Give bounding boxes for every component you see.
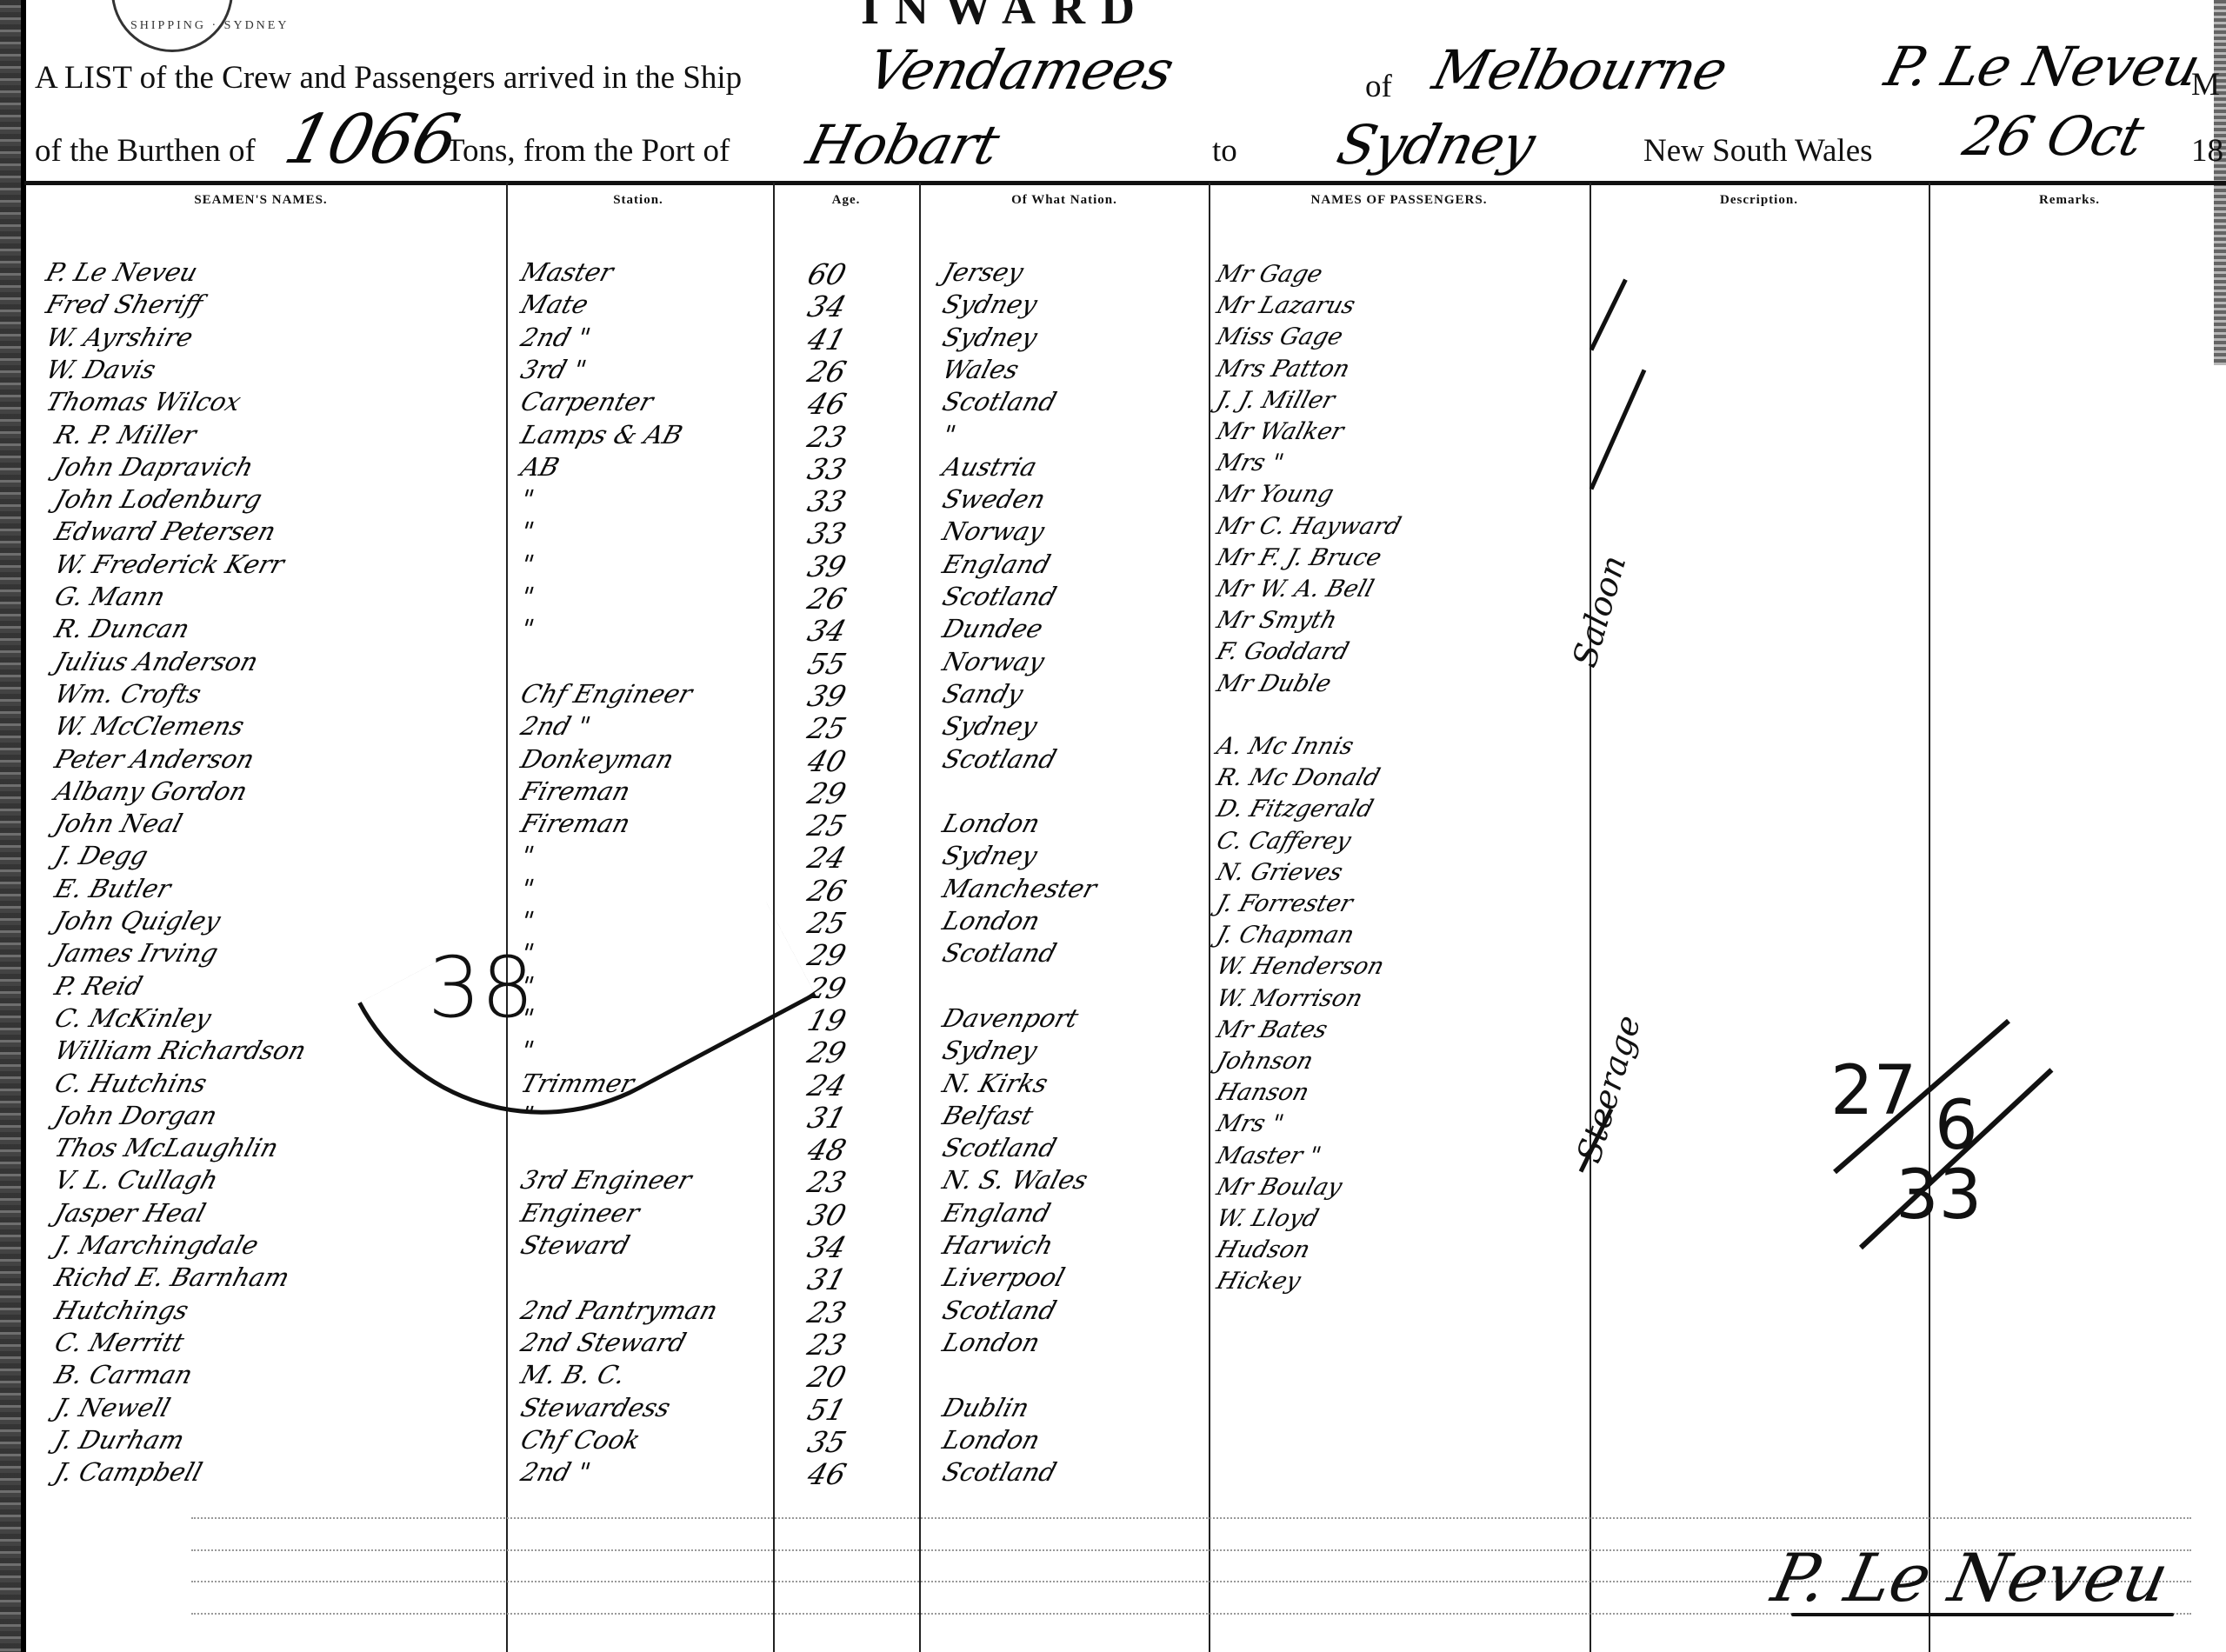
seaman-station: "	[517, 841, 537, 870]
col-head-seamen: SEAMEN'S NAMES.	[52, 193, 470, 208]
column-divider	[1929, 183, 1930, 1652]
seaman-nation: Davenport	[939, 1003, 1082, 1033]
seaman-name: William Richardson	[51, 1036, 310, 1065]
seaman-age: 33	[803, 516, 850, 550]
seaman-name: G. Mann	[51, 582, 169, 611]
col-head-passengers: NAMES OF PASSENGERS.	[1210, 193, 1588, 208]
seaman-age: 39	[803, 550, 850, 583]
seaman-age: 35	[803, 1425, 850, 1459]
seaman-nation: London	[939, 906, 1043, 936]
seaman-nation: Wales	[939, 355, 1023, 384]
col-head-description: Description.	[1591, 193, 1927, 208]
passenger-name: Mr Smyth	[1214, 607, 1341, 634]
seaman-name: W. Ayrshire	[43, 323, 197, 352]
seaman-station: Carpenter	[517, 387, 656, 416]
seaman-age: 26	[803, 874, 850, 908]
seaman-station: 2nd "	[517, 711, 594, 741]
seaman-station: Engineer	[517, 1198, 643, 1228]
seaman-nation: Sydney	[939, 841, 1041, 870]
seaman-nation: Scotland	[939, 938, 1060, 968]
check-mark-icon	[1590, 369, 1647, 490]
year-prefix: 18	[2191, 132, 2223, 170]
seaman-age: 19	[803, 1003, 850, 1037]
seaman-station: Chf Engineer	[517, 679, 696, 709]
seaman-name: Peter Anderson	[51, 744, 257, 774]
passenger-name: J. Forrester	[1214, 890, 1356, 917]
signature-flourish	[1791, 1613, 2174, 1616]
passenger-name: Mr Lazarus	[1214, 292, 1359, 319]
seaman-age: 29	[803, 938, 850, 972]
seaman-station: M. B. C.	[517, 1360, 629, 1389]
seaman-age: 41	[803, 323, 850, 356]
line2-tons-label: Tons, from the Port of	[445, 132, 730, 170]
seaman-nation: Liverpool	[939, 1262, 1068, 1292]
check-mark-icon	[1590, 279, 1628, 351]
seaman-station: Chf Cook	[517, 1425, 643, 1455]
seaman-nation: Dublin	[939, 1393, 1032, 1422]
seaman-age: 39	[803, 679, 850, 713]
seaman-nation: Austria	[939, 452, 1040, 482]
seaman-name: R. Duncan	[51, 614, 193, 643]
ledger-line	[191, 1517, 2191, 1519]
seaman-station: Steward	[517, 1230, 633, 1260]
col-head-remarks: Remarks.	[1930, 193, 2209, 208]
form-heading: INWARD	[861, 0, 1150, 35]
seaman-name: Wm. Crofts	[51, 679, 204, 709]
seaman-name: V. L. Cullagh	[51, 1165, 222, 1195]
seaman-station: "	[517, 582, 537, 611]
passenger-name: Mr Boulay	[1214, 1174, 1345, 1201]
seaman-nation: Norway	[939, 647, 1048, 676]
seaman-nation: Norway	[939, 516, 1048, 546]
column-divider	[919, 183, 921, 1652]
passenger-name: A. Mc Innis	[1214, 733, 1357, 760]
seaman-age: 24	[803, 1069, 850, 1102]
seaman-age: 24	[803, 841, 850, 875]
seaman-name: C. Hutchins	[51, 1069, 210, 1098]
seaman-nation: Dundee	[939, 614, 1046, 643]
stamp-text: SHIPPING · SYDNEY	[130, 19, 289, 33]
seaman-station: 2nd "	[517, 1457, 594, 1487]
seaman-nation: Scotland	[939, 1133, 1060, 1162]
seaman-name: R. P. Miller	[51, 420, 200, 450]
seaman-station: 3rd Engineer	[517, 1165, 695, 1195]
seaman-station: Fireman	[517, 776, 634, 806]
seaman-nation: Sydney	[939, 1036, 1041, 1065]
seaman-age: 26	[803, 582, 850, 616]
seaman-age: 40	[803, 744, 850, 778]
seaman-age: 23	[803, 420, 850, 454]
seaman-age: 55	[803, 647, 850, 681]
seaman-age: 46	[803, 1457, 850, 1491]
seaman-nation: N. S. Wales	[939, 1165, 1091, 1195]
seaman-name: C. McKinley	[51, 1003, 215, 1033]
seaman-name: J. Campbell	[51, 1457, 205, 1487]
seaman-name: P. Reid	[51, 971, 146, 1001]
ship-name: Vendamees	[862, 38, 1180, 102]
seaman-name: Thomas Wilcox	[43, 387, 244, 416]
port-from: Hobart	[801, 113, 1005, 177]
seaman-nation: Scotland	[939, 1296, 1060, 1325]
col-head-station: Station.	[508, 193, 769, 208]
seaman-age: 26	[803, 355, 850, 389]
passenger-name: W. Morrison	[1214, 985, 1366, 1012]
seaman-nation: Harwich	[939, 1230, 1056, 1260]
seaman-nation: Belfast	[939, 1101, 1036, 1130]
passenger-name: Mr Duble	[1214, 670, 1335, 697]
seaman-nation: Scotland	[939, 582, 1060, 611]
seaman-name: Hutchings	[51, 1296, 192, 1325]
seaman-name: J. Durham	[51, 1425, 188, 1455]
passenger-name: Mr Bates	[1214, 1016, 1331, 1043]
passenger-name: D. Fitzgerald	[1214, 796, 1376, 823]
seaman-age: 34	[803, 614, 850, 648]
seaman-age: 51	[803, 1393, 850, 1427]
passenger-name: R. Mc Donald	[1214, 764, 1383, 791]
seaman-age: 23	[803, 1165, 850, 1199]
passenger-name: Mr Young	[1214, 481, 1337, 508]
seaman-nation: Jersey	[939, 257, 1027, 287]
seaman-station: "	[517, 484, 537, 514]
tally-mid: 6	[1935, 1087, 1978, 1165]
passenger-name: Mr Walker	[1214, 418, 1347, 445]
passenger-name: J. J. Miller	[1214, 387, 1338, 414]
seaman-name: J. Marchingdale	[51, 1230, 262, 1260]
seaman-station: "	[517, 614, 537, 643]
seaman-station: Donkeyman	[517, 744, 677, 774]
passenger-name: Mrs "	[1214, 450, 1287, 476]
passenger-name: Mr F. J. Bruce	[1214, 544, 1385, 571]
seaman-name: John Dapravich	[51, 452, 257, 482]
seaman-station: 3rd "	[517, 355, 590, 384]
line2-label: of the Burthen of	[35, 132, 256, 170]
master-name: P. Le Neveu	[1879, 35, 2206, 98]
seaman-name: Fred Sheriff	[43, 290, 206, 319]
seaman-age: 60	[803, 257, 850, 291]
seaman-station: Lamps & AB	[517, 420, 686, 450]
passenger-name: Hudson	[1214, 1236, 1314, 1263]
seaman-nation: London	[939, 1328, 1043, 1357]
seaman-name: W. Davis	[43, 355, 159, 384]
seaman-station: Fireman	[517, 809, 634, 838]
seaman-age: 25	[803, 906, 850, 940]
seaman-nation: N. Kirks	[939, 1069, 1051, 1098]
column-divider	[1590, 183, 1591, 1652]
line1-label: A LIST of the Crew and Passengers arrive…	[35, 59, 742, 97]
seaman-age: 29	[803, 1036, 850, 1069]
master-suffix: M	[2191, 66, 2220, 103]
seaman-nation: "	[939, 420, 959, 450]
seaman-age: 34	[803, 290, 850, 323]
seaman-age: 23	[803, 1296, 850, 1329]
seaman-nation: England	[939, 550, 1054, 579]
seaman-age: 31	[803, 1101, 850, 1135]
seaman-age: 29	[803, 776, 850, 810]
seaman-station: 2nd "	[517, 323, 594, 352]
seaman-age: 34	[803, 1230, 850, 1264]
seaman-name: C. Merritt	[51, 1328, 188, 1357]
ship-of-port: Melbourne	[1427, 38, 1733, 102]
passenger-name: Johnson	[1214, 1048, 1316, 1075]
burthen-tons: 1066	[277, 101, 466, 179]
seaman-nation: Scotland	[939, 387, 1060, 416]
scan-left-border	[21, 0, 26, 1652]
line1-of-label: of	[1365, 68, 1392, 105]
line2-to-label: to	[1212, 132, 1237, 170]
tally-bottom: 33	[1896, 1156, 1982, 1235]
seaman-nation: Sandy	[939, 679, 1027, 709]
seaman-station: 2nd Pantryman	[517, 1296, 721, 1325]
master-signature: P. Le Neveu	[1766, 1539, 2176, 1616]
passenger-name: W. Lloyd	[1214, 1205, 1322, 1232]
column-divider	[506, 183, 508, 1652]
seaman-age: 25	[803, 809, 850, 843]
seaman-name: Edward Petersen	[51, 516, 279, 546]
seaman-name: Jasper Heal	[51, 1198, 209, 1228]
seaman-name: John Neal	[51, 809, 186, 838]
seaman-station: Master	[517, 257, 616, 287]
passenger-name: F. Goddard	[1214, 638, 1352, 665]
header-rule	[24, 181, 2226, 185]
seaman-age: 23	[803, 1328, 850, 1362]
seaman-station: "	[517, 550, 537, 579]
passenger-name: Mr W. A. Bell	[1214, 576, 1377, 603]
passenger-name: Miss Gage	[1214, 323, 1346, 350]
col-head-nation: Of What Nation.	[921, 193, 1208, 208]
seaman-name: James Irving	[51, 938, 222, 968]
passenger-name: Mrs Patton	[1214, 356, 1353, 383]
arrival-date: 26 Oct	[1957, 104, 2149, 168]
seaman-nation: Sydney	[939, 290, 1041, 319]
seaman-age: 48	[803, 1133, 850, 1167]
passenger-name: W. Henderson	[1214, 953, 1388, 980]
seaman-age: 46	[803, 387, 850, 421]
seaman-name: E. Butler	[51, 874, 174, 903]
seaman-nation: London	[939, 809, 1043, 838]
seaman-nation: Sweden	[939, 484, 1049, 514]
seaman-age: 20	[803, 1360, 850, 1394]
seaman-station: Stewardess	[517, 1393, 674, 1422]
seaman-name: John Quigley	[51, 906, 224, 936]
seaman-name: Thos McLaughlin	[51, 1133, 282, 1162]
seaman-nation: Scotland	[939, 744, 1060, 774]
seaman-age: 25	[803, 711, 850, 745]
seaman-nation: Sydney	[939, 711, 1041, 741]
seaman-name: Richd E. Barnham	[51, 1262, 293, 1292]
seaman-name: B. Carman	[51, 1360, 196, 1389]
col-head-age: Age.	[775, 193, 917, 208]
circled-count-mark	[357, 812, 816, 1189]
passenger-name: Mrs "	[1214, 1110, 1287, 1137]
margin-signature-upper: Saloon	[1565, 551, 1633, 671]
seaman-name: John Lodenburg	[51, 484, 265, 514]
seaman-nation: England	[939, 1198, 1054, 1228]
port-to: Sydney	[1331, 113, 1541, 177]
passenger-name: Hickey	[1214, 1268, 1304, 1295]
seaman-name: Julius Anderson	[51, 647, 262, 676]
seaman-name: J. Newell	[51, 1393, 174, 1422]
seaman-age: 33	[803, 452, 850, 486]
passenger-name: Master "	[1214, 1142, 1324, 1169]
circled-count: 38	[428, 939, 534, 1036]
seaman-name: John Dorgan	[51, 1101, 221, 1130]
seaman-age: 31	[803, 1262, 850, 1296]
seaman-nation: Manchester	[939, 874, 1100, 903]
scan-left-edge	[0, 0, 21, 1652]
seaman-age: 30	[803, 1198, 850, 1232]
seaman-name: P. Le Neveu	[43, 257, 201, 287]
passenger-name: Mr C. Hayward	[1214, 513, 1404, 540]
passenger-name: N. Grieves	[1214, 859, 1346, 886]
seaman-nation: London	[939, 1425, 1043, 1455]
seaman-station: "	[517, 874, 537, 903]
seaman-name: W. McClemens	[51, 711, 248, 741]
seaman-nation: Scotland	[939, 1457, 1060, 1487]
seaman-nation: Sydney	[939, 323, 1041, 352]
column-divider	[1209, 183, 1210, 1652]
seaman-station: 2nd Steward	[517, 1328, 690, 1357]
seaman-age: 33	[803, 484, 850, 518]
seaman-station: Mate	[517, 290, 592, 319]
seaman-name: W. Frederick Kerr	[51, 550, 288, 579]
margin-signature-lower: Steerage	[1570, 1011, 1648, 1167]
passenger-name: Hanson	[1214, 1079, 1312, 1106]
colony-label: New South Wales	[1643, 132, 1873, 170]
seaman-name: Albany Gordon	[51, 776, 250, 806]
seaman-station: "	[517, 516, 537, 546]
passenger-name: C. Cafferey	[1214, 828, 1355, 855]
tally-top: 27	[1830, 1052, 1916, 1130]
seaman-station: AB	[517, 452, 563, 482]
seaman-name: J. Degg	[51, 841, 151, 870]
passenger-name: J. Chapman	[1214, 922, 1357, 949]
passenger-name: Mr Gage	[1214, 261, 1326, 288]
